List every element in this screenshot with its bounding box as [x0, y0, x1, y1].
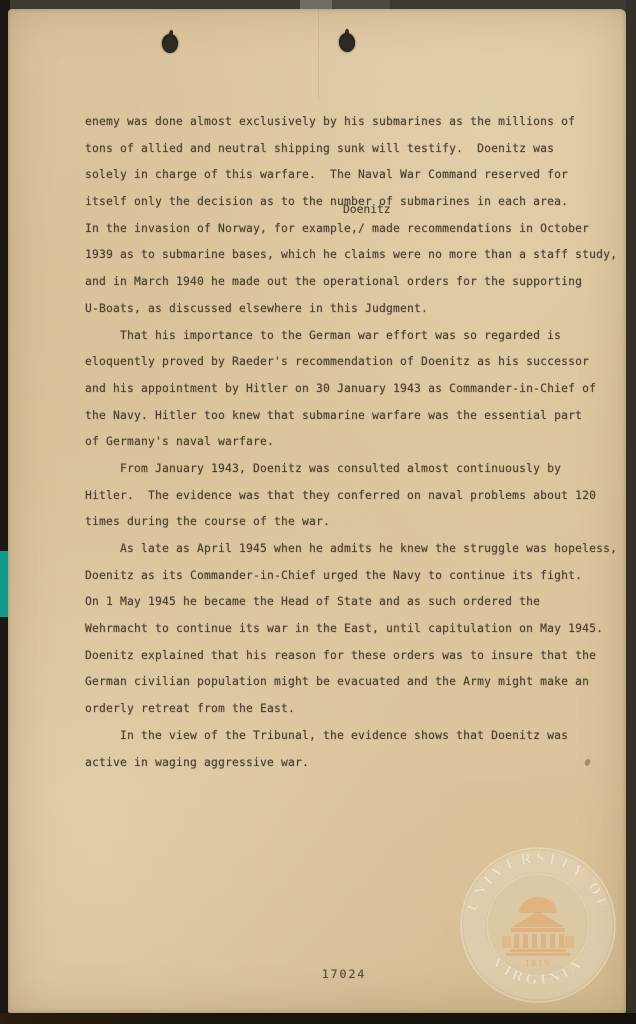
seal-year: 1819 — [525, 958, 551, 968]
scan-background-right — [626, 0, 636, 1024]
scanned-document-view: enemy was done almost exclusively by his… — [0, 0, 636, 1024]
text-line: Hitler. The evidence was that they confe… — [85, 483, 615, 510]
text-line: enemy was done almost exclusively by his… — [85, 109, 615, 136]
scan-background-bottom — [0, 1013, 636, 1024]
text-line: and his appointment by Hitler on 30 Janu… — [85, 376, 615, 403]
text-line: times during the course of the war. — [85, 509, 615, 536]
text-line: the Navy. Hitler too knew that submarine… — [85, 403, 615, 430]
text-line: Wehrmacht to continue its war in the Eas… — [85, 616, 615, 643]
text-line: In the view of the Tribunal, the evidenc… — [85, 723, 615, 750]
paper-crease — [318, 9, 319, 99]
text-line: eloquently proved by Raeder's recommenda… — [85, 349, 615, 376]
text-line: That his importance to the German war ef… — [85, 323, 615, 350]
inserted-correction-word: Doenitz — [343, 203, 391, 216]
text-line: and in March 1940 he made out the operat… — [85, 269, 615, 296]
text-line: From January 1943, Doenitz was consulted… — [85, 456, 615, 483]
text-line: tons of allied and neutral shipping sunk… — [85, 136, 615, 163]
text-line: U-Boats, as discussed elsewhere in this … — [85, 296, 615, 323]
text-line: In the invasion of Norway, for example,/… — [85, 216, 615, 243]
text-line: of Germany's naval warfare. — [85, 429, 615, 456]
punch-hole-right — [338, 32, 356, 53]
text-line: Doenitz explained that his reason for th… — [85, 643, 615, 670]
text-line: Doenitz as its Commander-in-Chief urged … — [85, 563, 615, 590]
text-line: active in waging aggressive war. — [85, 750, 615, 777]
punch-hole-left — [162, 34, 178, 53]
text-line: As late as April 1945 when he admits he … — [85, 536, 615, 563]
text-line: 1939 as to submarine bases, which he cla… — [85, 242, 615, 269]
text-line: German civilian population might be evac… — [85, 669, 615, 696]
page-number: 17024 — [284, 967, 404, 981]
text-line: solely in charge of this warfare. The Na… — [85, 162, 615, 189]
document-page: enemy was done almost exclusively by his… — [8, 9, 626, 1013]
text-line: orderly retreat from the East. — [85, 696, 615, 723]
text-line: On 1 May 1945 he became the Head of Stat… — [85, 589, 615, 616]
university-of-virginia-watermark: UNIVERSITY OF VIRGINIA 1819 — [458, 845, 618, 1005]
